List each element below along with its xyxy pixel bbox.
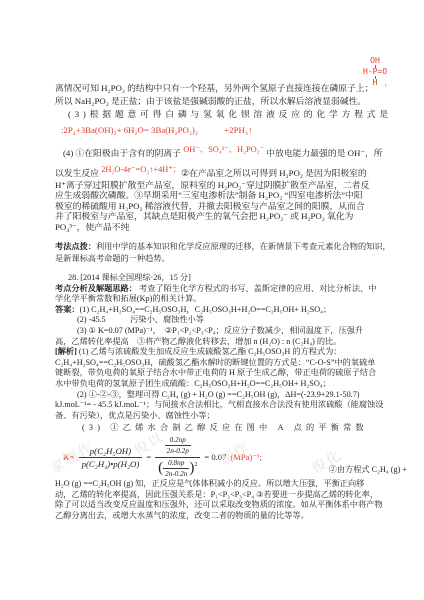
text-line: 答案：(1) C₂H₄+H₂SO₄==C₂H₅OSO₃H，C₂H₅OSO₃H+H… — [55, 305, 413, 316]
text-run: :2P₄+3Ba(OH)₂+ 6H₂O= 3Ba(H₂PO₂)₂ — [61, 125, 198, 135]
text-run: 极室的稀硫酸用 H₃PO₂ 稀溶液代替，并撤去阳极室与产品室之间的阳膜，从而合 — [55, 201, 365, 211]
text-line: (2) ①-②-③，整理可得 C₂H₄ (g) + H₂O (g) ==C₂H₅… — [55, 390, 413, 401]
text-run: PO₄³⁻，使产品不纯 — [55, 222, 129, 232]
text-run: kJ.moL⁻¹= - 45.5 kJ.moL⁻¹；与间接水合法相比，气相直接水… — [55, 400, 383, 409]
inner-fraction-top: 0.2np 2n-0.2p — [165, 436, 191, 456]
text-line: (3) ①乙烯水合制乙醇反应在图中 A 点的平衡常数 — [55, 423, 413, 434]
text-run: 28. [2014 课标全国理综·26，15 分] — [68, 273, 191, 282]
text-run: 键断裂，带负电荷的氧原子结合水中带正电荷的 H 原子生成乙醇，带正电荷的硫原子结… — [55, 368, 376, 377]
text-run: 所以 NaH₂PO₂ 是正盐；由于该盐是强碱弱酸的正盐，所以水解后溶液显弱碱性。 — [55, 96, 366, 106]
text-line: PO₄³⁻，使产品不纯 — [55, 222, 413, 233]
text-run: (1) 乙烯与浓硫酸发生加成反应生成硫酸氢乙酯 C₂H₅OSO₃H 的方程式为： — [77, 347, 342, 356]
inner-denominator: 2n-0.2p — [165, 446, 191, 456]
text-line: [解析] (1) 乙烯与浓硫酸发生加成反应生成硫酸氢乙酯 C₂H₅OSO₃H 的… — [55, 347, 413, 358]
text-run: 学化学平衡常数和拓展(Kp)的相关计算。 — [55, 294, 201, 303]
document-body: 离情况可知 H₃PO₂ 的结构中只有一个羟基，另外两个氢原子直接连接在磷原子上；… — [55, 82, 413, 521]
text-line: :2P₄+3Ba(OH)₂+ 6H₂O= 3Ba(H₂PO₂)₂ +2PH₃↑ — [55, 124, 413, 137]
text-run: 离情况可知 H₃PO₂ 的结构中只有一个羟基，另外两个氢原子直接连接在磷原子上； — [55, 83, 373, 93]
text-run: (2) -45.5 污染小、腐蚀性小等 — [77, 315, 204, 324]
text-line: 并了阳极室与产品室，其缺点是阳极产生的氧气会把 H₂PO₂⁻ 或 H₃PO₂ 氧… — [55, 211, 413, 222]
phosphorus-center-label: H-P=O — [352, 68, 398, 76]
fraction-numerator: 0.2np 2n-0.2p — [155, 436, 200, 458]
text-run: 是新课标高考命题的一种趋势。 — [55, 254, 170, 263]
text-run: 答案： — [55, 305, 80, 314]
text-run: 2H₂O-4e⁻=O₂↑+4H⁺； — [101, 165, 181, 174]
text-run: 考查了陌生化学方程式的书写、盖斯定律的应用、对比分析法、中 — [137, 284, 377, 293]
text-line: (2) -45.5 污染小、腐蚀性小等 — [55, 315, 413, 326]
hydroxyl-group-label: OH — [352, 57, 398, 65]
text-line: 乙醇分离出去，或增大水蒸气的浓度，改变二者的物质的量的比等等。 — [55, 511, 413, 522]
inner-numerator: 0.2np — [165, 436, 191, 447]
text-run: (2) ①-②-③，整理可得 C₂H₄ (g) + H₂O (g) ==C₂H₅… — [77, 390, 360, 399]
text-line: 所以 NaH₂PO₂ 是正盐；由于该盐是强碱弱酸的正盐，所以水解后溶液显弱碱性。 — [55, 95, 413, 108]
text-run: 备、有污染），优点是污染小、腐蚀性小等； — [55, 411, 215, 420]
text-line: 离情况可知 H₃PO₂ 的结构中只有一个羟基，另外两个氢原子直接连接在磷原子上； — [55, 82, 413, 95]
text-line: 考法点拨：利用中学的基本知识和化学反应原理的迁移，在新情景下考查元素化合物的知识… — [55, 241, 413, 253]
inner-numerator: 0.8np — [163, 459, 189, 470]
text-line: (4) ①在阳极由于含有的阴离子 OH⁻、SO₄²⁻、H₂PO₂⁻ 中放电能力最… — [55, 147, 413, 160]
text-line: 键断裂，带负电荷的氧原子结合水中带正电荷的 H 原子生成乙醇，带正电荷的硫原子结… — [55, 368, 413, 379]
text-run: 乙醇分离出去，或增大水蒸气的浓度，改变二者的物质的量的比等等。 — [55, 511, 309, 520]
text-run: C₂H₄+H₂SO₄==C₂H₅OSO₃H，硫酸氢乙酯水解时的断键位置的方式是：… — [55, 358, 375, 367]
text-run: (3) ① K=0.07 (MPa)⁻¹， ②P₁<P₂<P₃<P₄；反应分子数… — [77, 326, 363, 335]
text-run: H₂O (g) ==C₂H₅OH (g) 知，正反应是气体体积减小的反应。所以增… — [55, 479, 364, 488]
text-run: (3)根据题意可得白磷与氢氧化钡溶液反应的化学方程式是 — [68, 109, 392, 119]
text-line: 除了可以适当改变反应温度和压强外，还可以采取改变物质的浓度。如从平衡体系中将产物 — [55, 500, 413, 511]
text-run: 利用中学的基本知识和化学反应原理的迁移，在新情景下考查元素化合物的知识， — [96, 242, 391, 251]
numeric-fraction: 0.2np 2n-0.2p ( 0.8np 2n-0.2n )2 — [155, 436, 200, 479]
text-line: C₂H₄+H₂SO₄==C₂H₅OSO₃H，硫酸氢乙酯水解时的断键位置的方式是：… — [55, 358, 413, 369]
text-run: 考法点拨： — [55, 242, 96, 251]
pressure-ratio-fraction: p(C₂H₅OH) p(C₂H₄)•p(H₂O) — [79, 446, 143, 469]
text-run: +2PH₃↑ — [224, 125, 252, 135]
result-value: = 0.07 — [204, 451, 226, 464]
text-run: 中放电能力最强的是 OH⁻，所 — [264, 148, 383, 158]
equilibrium-constant-equation: K= p(C₂H₅OH) p(C₂H₄)•p(H₂O) = 0.2np 2n-0… — [63, 436, 262, 479]
text-line: 28. [2014 课标全国理综·26，15 分] — [55, 273, 413, 284]
text-run: 以发生反应 — [55, 168, 101, 178]
inner-fraction-bottom: 0.8np 2n-0.2n — [163, 459, 189, 479]
text-run: 水中带负电荷的氢氧原子团生成硫酸：C₂H₅OSO₃H+H₂O==C₂H₅OH+ … — [55, 379, 331, 388]
text-run: [解析] — [55, 347, 77, 356]
text-line: 应生成弱酸次磷酸。③早期采用“三室电渗析法”制备 H₃PO₂ “四室电渗析法”中… — [55, 190, 413, 201]
text-line: (3)根据题意可得白磷与氢氧化钡溶液反应的化学方程式是 — [55, 108, 413, 121]
square-exponent: 2 — [194, 459, 197, 472]
fraction-denominator: p(C₂H₄)•p(H₂O) — [79, 458, 143, 469]
text-line: 以发生反应 2H₂O-4e⁻=O₂↑+4H⁺；②在产品室之所以可得到 H₃PO₂… — [55, 168, 413, 180]
text-run: 应生成弱酸次磷酸。③早期采用“三室电渗析法”制备 H₃PO₂ “四室电渗析法”中… — [55, 190, 363, 200]
k-symbol: K= — [63, 451, 75, 464]
text-line: 是新课标高考命题的一种趋势。 — [55, 253, 413, 265]
text-line: 动，乙烯的转化率提高，因此压强关系是：P₁<P₂<P₃<P₄ ③若要进一步提高乙… — [55, 490, 413, 501]
text-line: 极室的稀硫酸用 H₃PO₂ 稀溶液代替，并撤去阳极室与产品室之间的阳膜，从而合 — [55, 201, 413, 212]
document-lines-upper: 离情况可知 H₃PO₂ 的结构中只有一个羟基，另外两个氢原子直接连接在磷原子上；… — [55, 82, 413, 434]
text-line: 考点分析及解题思路： 考查了陌生化学方程式的书写、盖斯定律的应用、对比分析法、中 — [55, 284, 413, 295]
text-line: 备、有污染），优点是污染小、腐蚀性小等； — [55, 411, 413, 422]
text-run: (3) ①乙烯水合制乙醇反应在图中 A 点的平衡常数 — [82, 423, 368, 432]
fraction-denominator: ( 0.8np 2n-0.2n )2 — [155, 458, 200, 479]
equation-row: K= p(C₂H₅OH) p(C₂H₄)•p(H₂O) = 0.2np 2n-0… — [63, 434, 413, 479]
text-run: (4) ①在阳极由于含有的阴离子 — [63, 148, 183, 158]
text-line: H₂O (g) ==C₂H₅OH (g) 知，正反应是气体体积减小的反应。所以增… — [55, 479, 413, 490]
text-line: (3) ① K=0.07 (MPa)⁻¹， ②P₁<P₂<P₃<P₄；反应分子数… — [55, 326, 413, 337]
equals-sign: = — [146, 451, 151, 464]
text-run: 动，乙烯的转化率提高，因此压强关系是：P₁<P₂<P₃<P₄ ③若要进一步提高乙… — [55, 490, 378, 499]
unit-label: (MPa)⁻¹; — [230, 451, 261, 464]
text-line: kJ.moL⁻¹= - 45.5 kJ.moL⁻¹；与间接水合法相比，气相直接水… — [55, 400, 413, 411]
text-run: ②在产品室之所以可得到 H₃PO₂ 是因为阳极室的 — [181, 168, 367, 178]
text-run: 并了阳极室与产品室，其缺点是阳极产生的氧气会把 H₂PO₂⁻ 或 H₃PO₂ 氧… — [55, 211, 353, 221]
text-line: 学化学平衡常数和拓展(Kp)的相关计算。 — [55, 294, 413, 305]
text-line: 水中带负电荷的氢氧原子团生成硫酸：C₂H₅OSO₃H+H₂O==C₂H₅OH+ … — [55, 379, 413, 390]
equation-side-note: ②由方程式 C₂H₄ (g) + — [329, 463, 413, 479]
text-run: 考点分析及解题思路： — [55, 284, 137, 293]
text-run: (1) C₂H₄+H₂SO₄==C₂H₅OSO₃H，C₂H₅OSO₃H+H₂O=… — [80, 305, 332, 314]
text-run: H⁺离子穿过阳膜扩散至产品室，原料室的 H₂PO₂⁻穿过阴膜扩散至产品室，二者反 — [55, 180, 369, 190]
text-run: 高，乙烯转化率提高 ③将产物乙醇液化转移去，增加 n (H₂O) : n (C₂… — [55, 337, 341, 346]
text-run — [198, 125, 224, 135]
text-run: 除了可以适当改变反应温度和压强外，还可以采取改变物质的浓度。如从平衡体系中将产物 — [55, 500, 383, 509]
document-page: OH H-P=O H， 离情况可知 H₃PO₂ 的结构中只有一个羟基，另外两个氢… — [0, 0, 424, 600]
text-run: OH⁻、SO₄²⁻、H₂PO₂⁻ — [183, 145, 264, 154]
text-line: H⁺离子穿过阳膜扩散至产品室，原料室的 H₂PO₂⁻穿过阴膜扩散至产品室，二者反 — [55, 180, 413, 191]
fraction-numerator: p(C₂H₅OH) — [79, 446, 143, 458]
inner-denominator: 2n-0.2n — [163, 469, 189, 479]
document-lines-lower: H₂O (g) ==C₂H₅OH (g) 知，正反应是气体体积减小的反应。所以增… — [55, 479, 413, 521]
text-line: 高，乙烯转化率提高 ③将产物乙醇液化转移去，增加 n (H₂O) : n (C₂… — [55, 337, 413, 348]
